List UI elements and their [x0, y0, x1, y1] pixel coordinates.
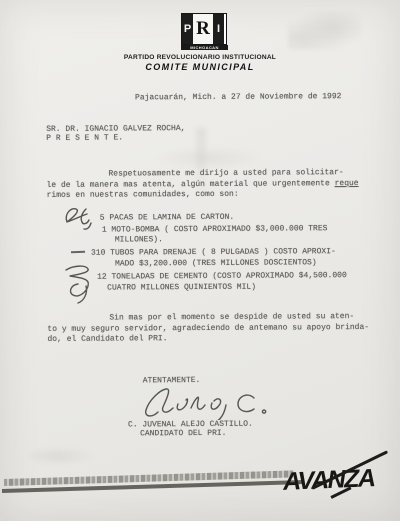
handwritten-flourish-annotation — [60, 263, 94, 305]
intro-line: le de la manera mas atenta, algún materi… — [47, 179, 359, 190]
list-item-wrap: MILLONES). — [115, 235, 163, 244]
list-item: 12 TONELADAS DE CEMENTO (COSTO APROXIMAD… — [97, 271, 347, 282]
dateline: Pajacuarán, Mich. a 27 de Noviembre de 1… — [135, 92, 341, 102]
list-item: 310 TUBOS PARA DRENAJE ( 8 PULGADAS ) CO… — [91, 247, 336, 257]
intro-line-main: le de la manera mas atenta, algún materi… — [47, 179, 335, 190]
intro-line: rimos en nuestras comunidades, como son: — [47, 190, 239, 200]
signature-handwriting — [136, 384, 292, 420]
list-item-wrap: MADO $3,200.000 (TRES MILLONES DOSCIENTO… — [115, 258, 317, 268]
list-item: 1 MOTO-BOMBA ( COSTO APROXIMADO $3,000.0… — [102, 224, 328, 234]
scanned-letter-page: P R I MICHOACAN PARTIDO REVOLUCIONARIO I… — [0, 0, 400, 521]
closing-line: do, el Candidato del PRI. — [47, 334, 167, 344]
typed-letter-body: Pajacuarán, Mich. a 27 de Noviembre de 1… — [0, 0, 400, 521]
intro-line-underlined: reque — [335, 179, 359, 188]
handwritten-flourish-annotation — [62, 205, 98, 231]
list-item-wrap: CUATRO MILLONES QUINIENTOS MIL) — [107, 282, 256, 292]
recipient-name: SR. DR. IGNACIO GALVEZ ROCHA, — [46, 124, 185, 134]
closing-line: Sin mas por el momento se despide de ust… — [109, 312, 354, 322]
signer-name: C. JUVENAL ALEJO CASTILLO. — [128, 420, 253, 430]
intro-line: Respetuosamente me dirijo a usted para s… — [108, 168, 343, 178]
closing-line: to y muy seguro servidor, agradeciendo d… — [47, 322, 369, 333]
list-item: 5 PACAS DE LAMINA DE CARTON. — [100, 213, 234, 223]
recipient-presente: P R E S E N T E. — [46, 133, 123, 142]
signer-title: CANDIDATO DEL PRI. — [140, 429, 226, 439]
